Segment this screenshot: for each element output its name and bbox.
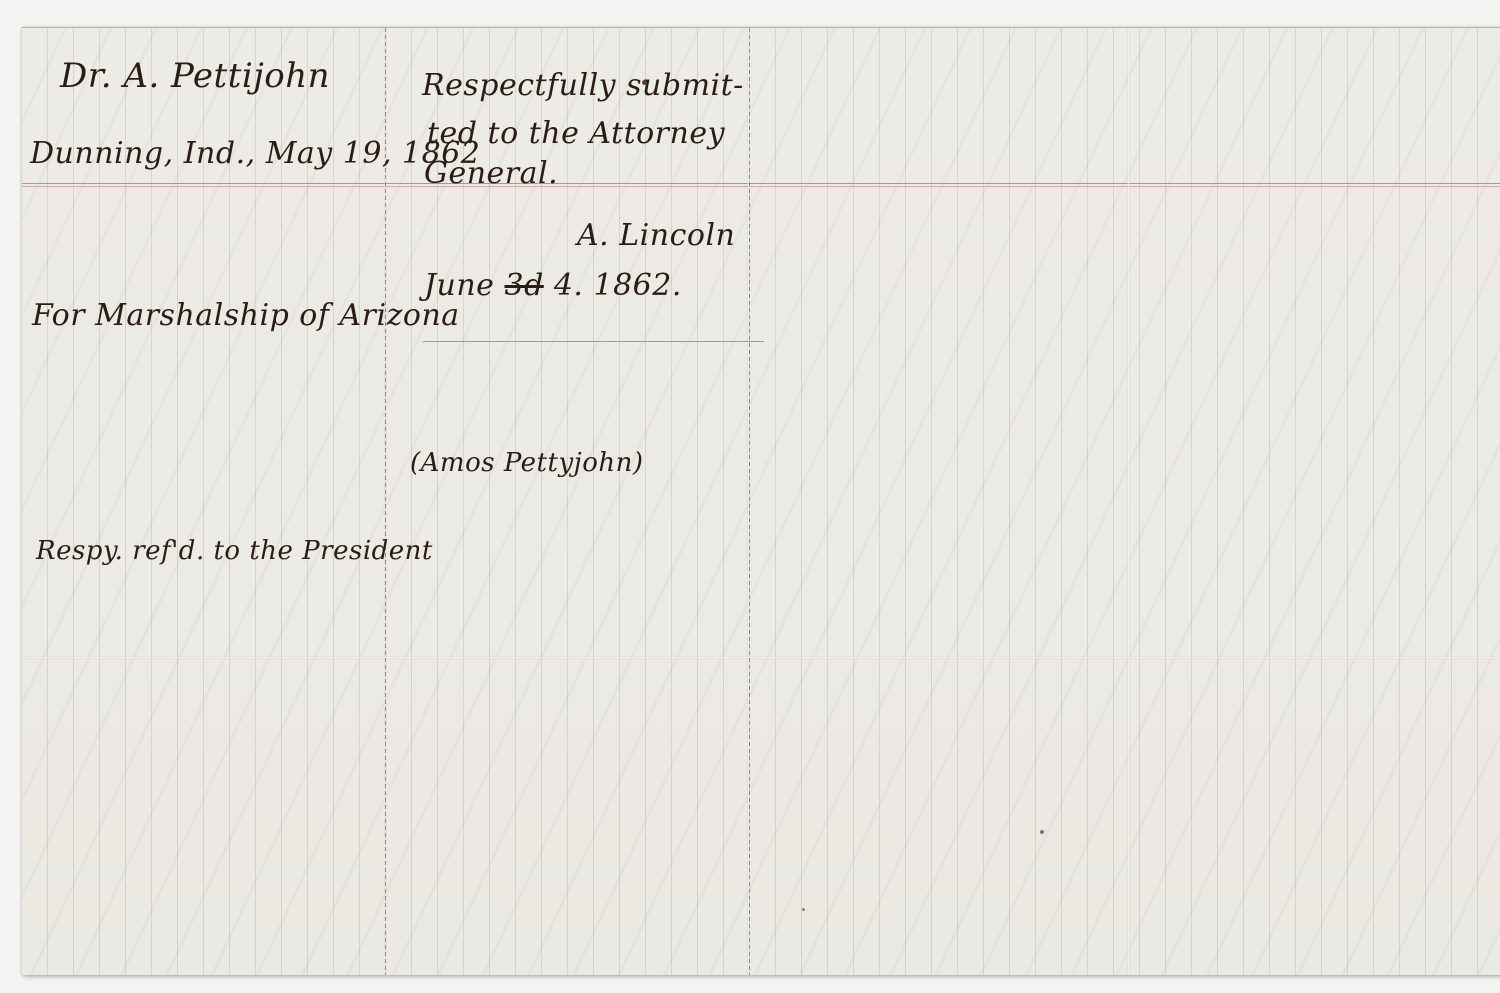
endorsement-line-2: ted to the Attorney xyxy=(427,116,725,151)
docket-name: Dr. A. Pettijohn xyxy=(60,56,330,96)
date-struck-day: 3d xyxy=(504,268,543,303)
red-rule-line xyxy=(22,186,1500,187)
date-month: June xyxy=(424,268,494,303)
pencil-underline xyxy=(422,341,764,344)
date-day-year: 4. 1862. xyxy=(554,268,682,303)
lincoln-signature: A. Lincoln xyxy=(577,218,735,253)
docket-referral-note: Respy. ref'd. to the President xyxy=(36,536,433,566)
horizontal-fold xyxy=(22,656,1500,659)
ink-spot xyxy=(802,908,805,911)
document-sheet: Dr. A. Pettijohn Dunning, Ind., May 19, … xyxy=(22,27,1500,975)
ink-spot xyxy=(642,80,647,85)
endorsement-line-3: General. xyxy=(424,156,558,191)
panel-edge-right xyxy=(749,28,750,975)
vertical-fold-3 xyxy=(1127,28,1130,975)
ink-spot xyxy=(1040,830,1044,834)
endorsement-date: June 3d 4. 1862. xyxy=(424,268,682,303)
docket-place-date: Dunning, Ind., May 19, 1862 xyxy=(30,136,480,171)
endorsement-line-1: Respectfully submit- xyxy=(422,68,744,103)
docket-purpose: For Marshalship of Arizona xyxy=(32,298,460,333)
applicant-annotation: (Amos Pettyjohn) xyxy=(410,448,643,478)
blue-rule-line xyxy=(22,183,1500,184)
